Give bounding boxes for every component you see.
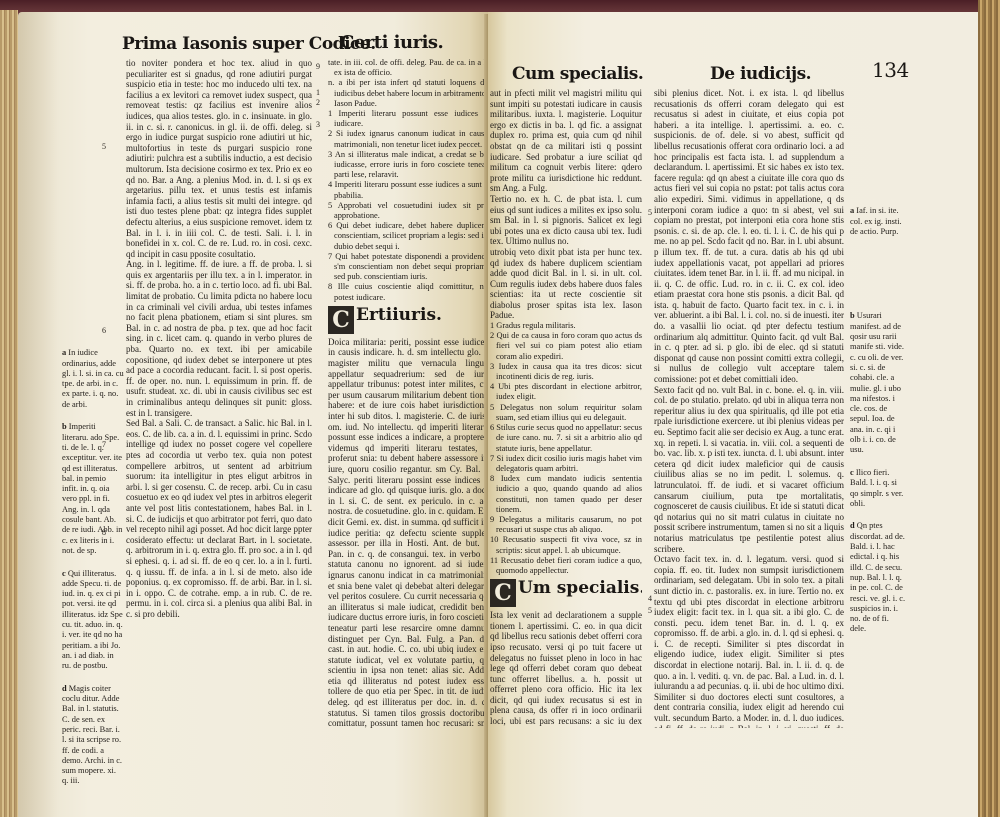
summary-item: 9 Delegatus a militaris causarum, no pot… — [490, 515, 642, 535]
summary-item: 5 Delegatus non solum requiritur solam s… — [490, 403, 642, 423]
margin-note-c: c Ilico fieri. Bald. l. i. q. si qo simp… — [850, 468, 906, 509]
summary-item: 6 Qui debet iudicare, debet habere dupli… — [328, 221, 488, 252]
paragraph: Octavo facit tex. in. d. l. legatum. ver… — [654, 554, 844, 728]
margin-notes-left: a In iudice ordinarius, adde gl. i. l. s… — [62, 338, 124, 799]
page-edges-left — [0, 10, 18, 817]
summary-item: 2 Si iudex ignarus canonum iudicat in ca… — [328, 129, 488, 149]
section-title: Ertiiuris. — [356, 306, 442, 324]
line-marker: 5 — [648, 606, 652, 615]
summary-item: 7 Qui habet potestate disponendi a provi… — [328, 252, 488, 283]
summary-item: 4 Imperiti literaru possunt esse iudices… — [328, 180, 488, 200]
page-edges-right — [978, 0, 1000, 817]
summary-item: 1 Gradus regula militaris. — [490, 321, 642, 331]
summary-item: 2 Qui de ca causa in foro coram quo actu… — [490, 331, 642, 362]
right-column-b: sibi plenius dicet. Not. i. ex ista. l. … — [654, 88, 844, 728]
paragraph: aut in pfecti milit vel magistri militu … — [490, 88, 642, 194]
paragraph: Doica militaria: periti, possint esse iu… — [328, 337, 488, 728]
left-page: Prima Iasonis super Codice. Certi iuris.… — [18, 12, 488, 817]
paragraph: Ang. in l. legitime. ff. de iure. a ff. … — [126, 259, 312, 418]
running-head-title: Prima Iasonis super Codice. — [122, 34, 376, 54]
summary-item: 3 Iudex in causa qua ita tres dicos: sic… — [490, 362, 642, 382]
line-marker: 4 — [648, 594, 652, 603]
page-shadow — [18, 12, 58, 817]
summary-item: 8 Ille cuius coscientie aliqd comittitur… — [328, 282, 488, 302]
paragraph: Sexto facit qd no. vult Bal. in c. bone.… — [654, 385, 844, 555]
running-head-title: De iudicijs. — [710, 64, 811, 84]
left-column-a: tio noviter pondera et hoc tex. aliud in… — [126, 58, 312, 728]
summaries-list: tate. in iii. col. de offi. deleg. Pau. … — [328, 58, 488, 303]
paragraph: Ista lex venit ad declarationem a supple… — [490, 610, 642, 728]
summary-item: 3 An si illiteratus male indicat, a cred… — [328, 150, 488, 181]
paragraph: utrobiq veto dixit pbat ista per hunc te… — [490, 247, 642, 321]
paragraph: Sed Bal. a Sali. C. de transact. a Salic… — [126, 418, 312, 619]
decorated-initial: C — [490, 579, 516, 607]
paragraph: tio noviter pondera et hoc tex. aliud in… — [126, 58, 312, 259]
paragraph: sibi plenius dicet. Not. i. ex ista. l. … — [654, 88, 844, 385]
running-head-rubric: Cum specialis. — [512, 64, 643, 84]
margin-note-a: a Iaf. in si. ite. col. ex ig. insti. de… — [850, 206, 906, 237]
summary-item: 10 Recusatio suspecti fit viva voce, sz … — [490, 535, 642, 555]
section-heading-certi-iuris: C Ertiiuris. — [328, 306, 488, 334]
line-marker: 3 — [316, 120, 320, 129]
summary-item: 5 Approbati vel cosuetudini iudex sit pr… — [328, 201, 488, 221]
margin-note-c: c Qui illiteratus. adde Specu. ti. de iu… — [62, 569, 124, 672]
summary-item: 7 Si iudex dicit cosilio iuris magis hab… — [490, 454, 642, 474]
section-title: Um specialis. — [518, 579, 642, 597]
line-marker: 2 — [316, 98, 320, 107]
margin-notes-right: a Iaf. in si. ite. col. ex ig. insti. de… — [850, 196, 906, 647]
folio-number: 134 — [872, 58, 909, 82]
line-marker: 5 — [102, 142, 106, 151]
line-marker: 1 — [316, 88, 320, 97]
line-marker: 6 — [102, 326, 106, 335]
summary-item: 6 Stilus curie secus quod no appellatur:… — [490, 423, 642, 454]
section-heading-cum-specialis: C Um specialis. — [490, 579, 642, 607]
line-marker: 5 — [648, 208, 652, 217]
line-marker: 9 — [316, 62, 320, 71]
summary-item: 4 Ubi ptes discordant in electione arbit… — [490, 382, 642, 402]
summary-item: n. a ibi per ista infert qd statuti loqu… — [328, 78, 488, 109]
summary-item: 11 Recusatio debet fieri coram iudice a … — [490, 556, 642, 576]
summary-item: 8 Iudex cum mandato iudicis sententia iu… — [490, 474, 642, 515]
summary-item: 1 Imperiti literaru possunt esse iudices… — [328, 109, 488, 129]
right-column-a: aut in pfecti milit vel magistri militu … — [490, 88, 642, 728]
left-column-b: tate. in iii. col. de offi. deleg. Pau. … — [328, 58, 488, 728]
right-page: Cum specialis. De iudicijs. 134 aut in p… — [488, 12, 978, 817]
margin-note-d: d Qn ptes discordat. ad de. Bald. i. l. … — [850, 521, 906, 634]
summaries-list: 1 Gradus regula militaris. 2 Qui de ca c… — [490, 321, 642, 576]
paragraph: Tertio no. ex h. C. de pbat ista. l. cum… — [490, 194, 642, 247]
margin-note-a: a In iudice ordinarius, adde gl. i. l. s… — [62, 348, 124, 410]
summary-item: tate. in iii. col. de offi. deleg. Pau. … — [328, 58, 488, 78]
margin-note-b: b Imperiti literaru. ado Spe. ti. de le.… — [62, 422, 124, 556]
margin-note-b: b Usurari manifest. ad de qosir usu rari… — [850, 311, 906, 455]
margin-note-d: d Magis coiter coclu ditur. Adde Bal. in… — [62, 684, 124, 787]
decorated-initial: C — [328, 306, 354, 334]
running-head-rubric: Certi iuris. — [340, 32, 443, 53]
